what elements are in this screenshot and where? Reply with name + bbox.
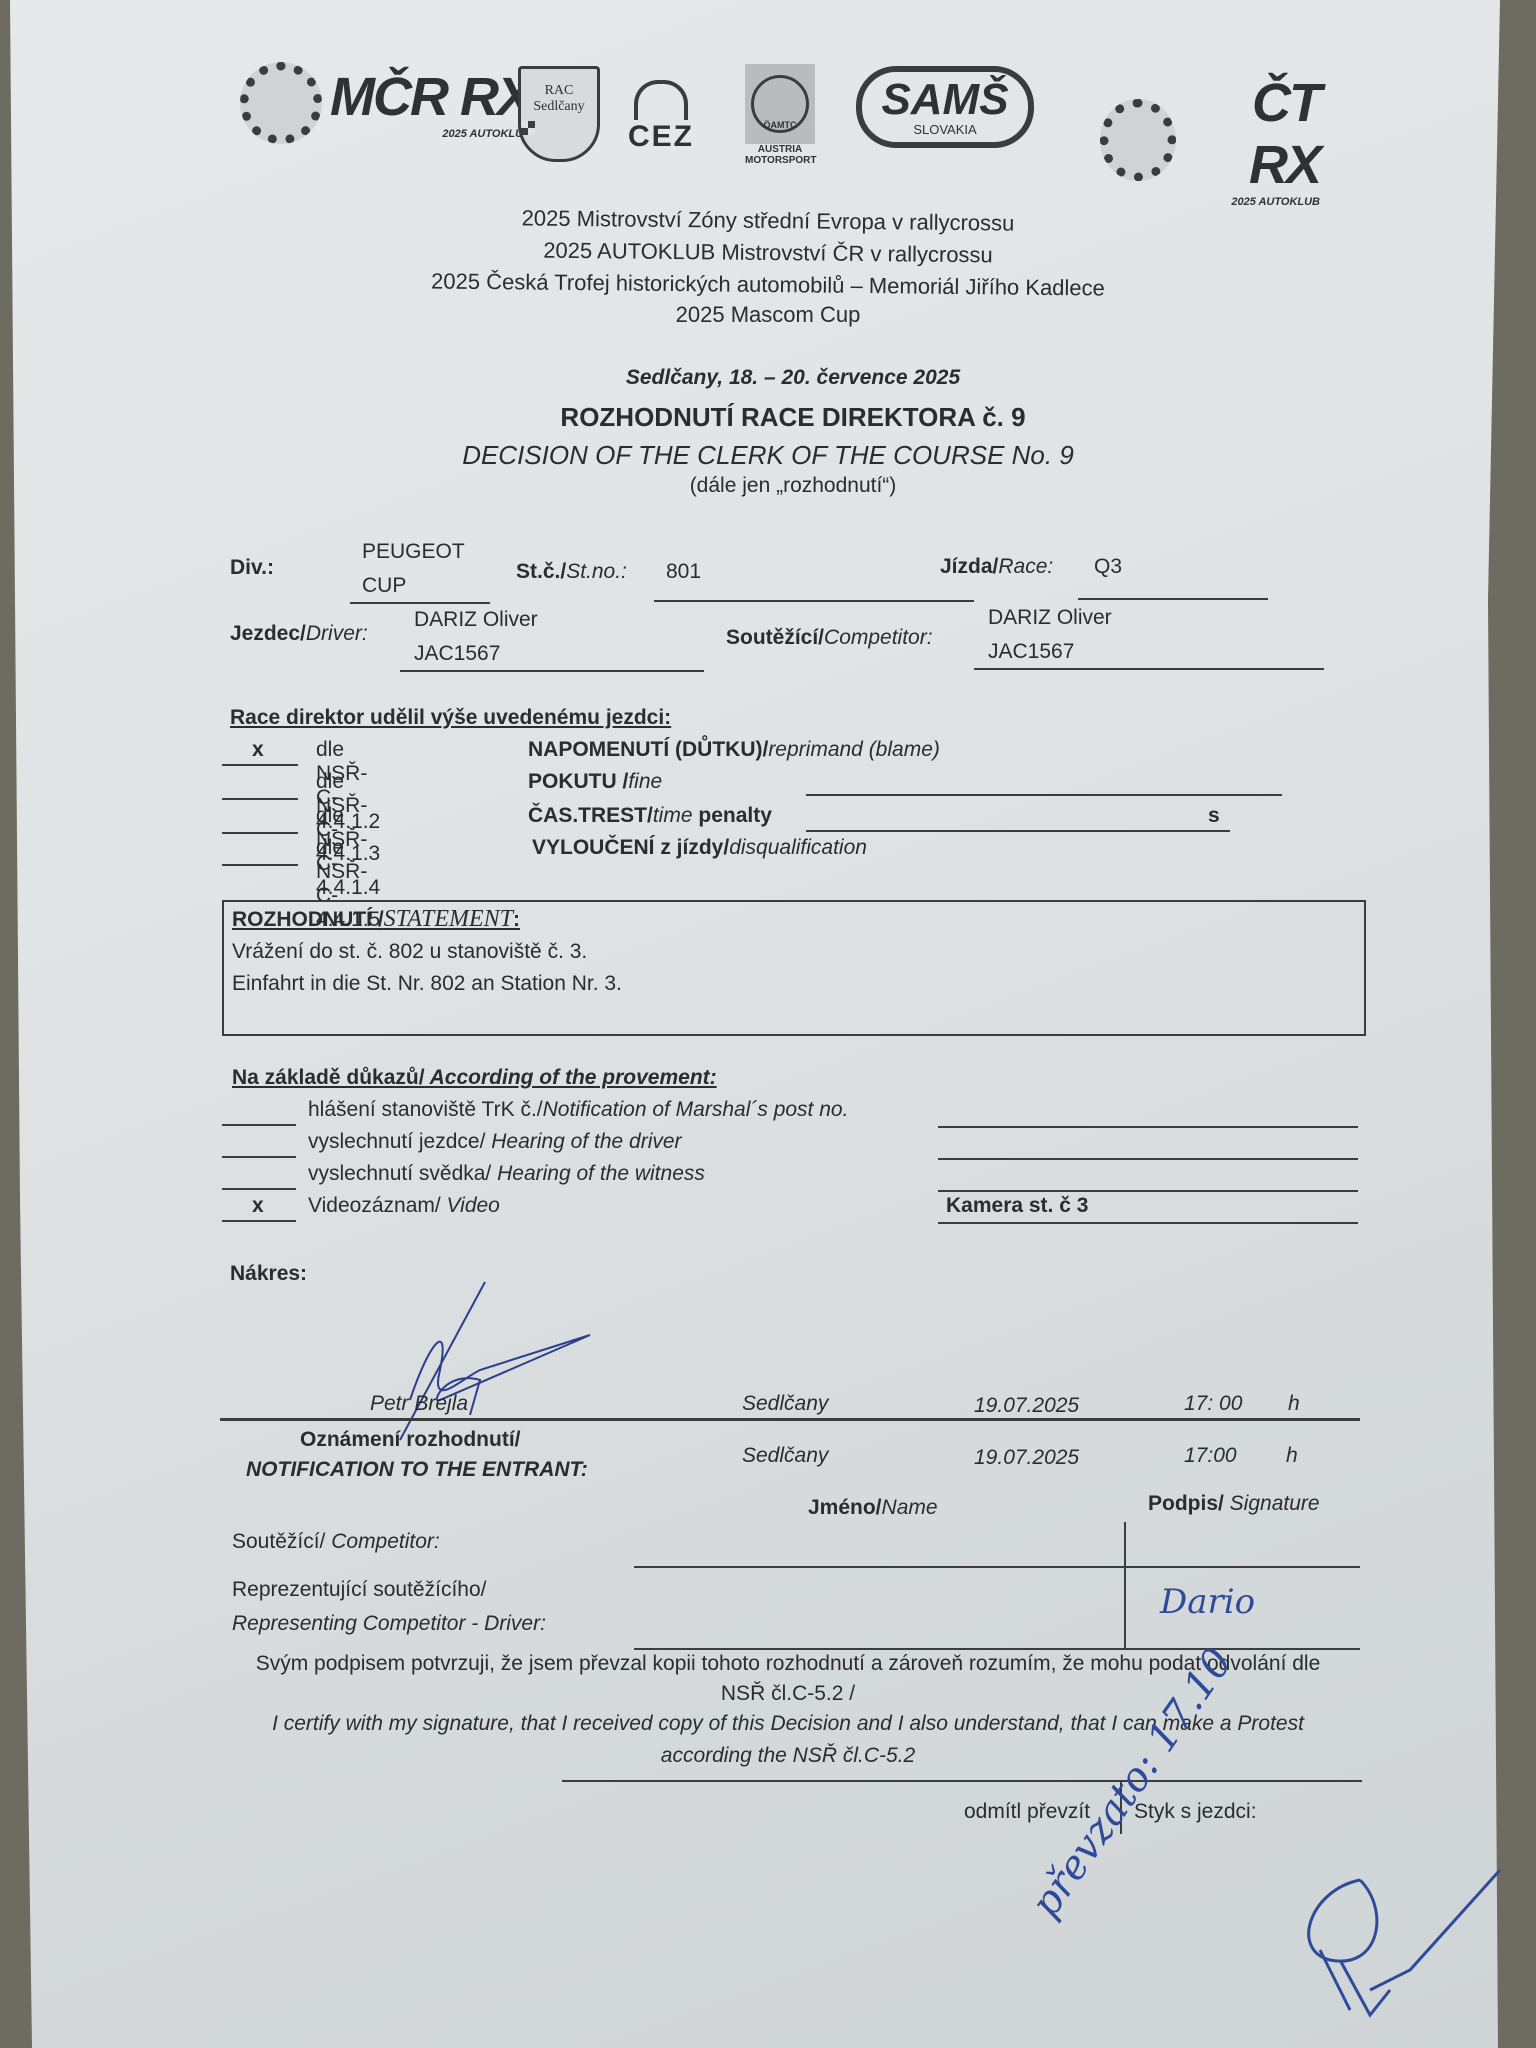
div-value-1: PEUGEOT [362, 540, 465, 564]
driver-field-line[interactable] [400, 670, 704, 672]
sponsor-logos: MČR RX 2025 AUTOKLUB RAC Sedlčany CEZ ÖA… [240, 58, 1320, 178]
clerk-place: Sedlčany [742, 1392, 828, 1416]
time-penalty-line[interactable] [806, 830, 1230, 832]
race-value: Q3 [1094, 555, 1122, 579]
handwritten-initials [1270, 1850, 1510, 2030]
representative-label-cz: Reprezentující soutěžícího/ [232, 1578, 486, 1602]
certify-en-line-2: according the NSŘ čl.C-5.2 [20, 1744, 1536, 1768]
clerk-signature-line [220, 1418, 1360, 1421]
certify-en-line-1: I certify with my signature, that I rece… [20, 1712, 1536, 1736]
driver-contact-label: Styk s jezdci: [1134, 1800, 1257, 1824]
evidence-item-video[interactable]: x Videozáznam/ Video Kamera st. č 3 [222, 1192, 1362, 1224]
competitor-sign-label: Soutěžící/ Competitor: [232, 1530, 440, 1554]
clerk-date: 19.07.2025 [974, 1394, 1079, 1418]
race-field-line[interactable] [1078, 598, 1268, 600]
start-number-field-line[interactable] [654, 600, 974, 602]
driver-license: JAC1567 [414, 642, 500, 666]
decision-title-en: DECISION OF THE CLERK OF THE COURSE No. … [0, 440, 1536, 471]
clerk-name: Petr Brejla [370, 1392, 468, 1416]
notification-label-en: NOTIFICATION TO THE ENTRANT: [246, 1458, 588, 1482]
championship-line-4: 2025 Mascom Cup [0, 302, 1536, 328]
name-column-header: Jméno/Name [808, 1496, 938, 1520]
notification-time: 17:00 [1184, 1444, 1237, 1468]
statement-line-cz: Vrážení do st. č. 802 u stanoviště č. 3. [232, 940, 587, 964]
signature-column-header: Podpis/ Signature [1148, 1492, 1320, 1516]
checkbox-mark: x [252, 1194, 264, 1218]
decision-title-cz: ROZHODNUTÍ RACE DIREKTORA č. 9 [25, 402, 1536, 433]
gear-emblem-icon [1100, 99, 1176, 181]
video-source-value: Kamera st. č 3 [946, 1194, 1088, 1218]
statement-box: ROZHODNUTÍ /STATEMENT: Vrážení do st. č.… [222, 900, 1366, 1036]
oamtc-logo: ÖAMTC AUSTRIA MOTORSPORT [745, 64, 815, 166]
competitor-name: DARIZ Oliver [988, 606, 1112, 630]
competitor-license: JAC1567 [988, 640, 1074, 664]
evidence-heading: Na základě důkazů/ According of the prov… [232, 1066, 717, 1090]
notification-place: Sedlčany [742, 1444, 828, 1468]
evidence-item-marshal[interactable]: hlášení stanoviště TrK č./Notification o… [222, 1096, 1362, 1128]
mcr-rx-logo: MČR RX 2025 AUTOKLUB [240, 62, 531, 144]
venue-date: Sedlčany, 18. – 20. července 2025 [25, 366, 1536, 390]
sketch-label: Nákres: [230, 1262, 307, 1286]
certify-cz-line-1: Svým podpisem potvrzuji, že jsem převzal… [20, 1652, 1536, 1676]
representative-signature-line[interactable] [634, 1648, 1360, 1650]
certify-cz-line-2: NSŘ čl.C-5.2 / [20, 1682, 1536, 1706]
div-field-line[interactable] [350, 602, 490, 604]
notification-date: 19.07.2025 [974, 1446, 1079, 1470]
seconds-unit: s [1208, 804, 1220, 828]
decision-subtitle: (dále jen „rozhodnutí“) [25, 474, 1536, 498]
refused-label[interactable]: odmítl převzít [964, 1800, 1090, 1824]
fine-amount-line[interactable] [806, 794, 1282, 796]
evidence-list: hlášení stanoviště TrK č./Notification o… [222, 1096, 1362, 1224]
driver-signature: Dario [1160, 1582, 1255, 1622]
driver-name: DARIZ Oliver [414, 608, 538, 632]
sams-logo: SAMŠ SLOVAKIA [856, 66, 1034, 148]
evidence-item-driver-hearing[interactable]: vyslechnutí jezdce/ Hearing of the drive… [222, 1128, 1362, 1160]
clerk-signature [370, 1280, 650, 1450]
start-number-value: 801 [666, 560, 701, 584]
ct-rx-logo: ČT RX 2025 AUTOKLUB [1100, 72, 1320, 208]
rac-sedlcany-logo: RAC Sedlčany [518, 66, 600, 162]
representative-label-en: Representing Competitor - Driver: [232, 1612, 546, 1636]
checkbox-mark: x [252, 738, 264, 762]
cez-logo: CEZ [628, 80, 694, 154]
eagle-emblem-icon: ÖAMTC [751, 75, 809, 133]
competitor-signature-line[interactable] [634, 1566, 1360, 1568]
gear-emblem-icon [240, 62, 322, 144]
evidence-item-witness-hearing[interactable]: vyslechnutí svědka/ Hearing of the witne… [222, 1160, 1362, 1192]
competitor-field-line[interactable] [974, 668, 1324, 670]
notification-label-cz: Oznámení rozhodnutí/ [300, 1428, 521, 1452]
certify-line [562, 1780, 1362, 1782]
penalties-heading: Race direktor udělil výše uvedenému jezd… [230, 706, 671, 730]
statement-line-de: Einfahrt in die St. Nr. 802 an Station N… [232, 972, 622, 996]
div-label: Div.: [230, 556, 274, 580]
clerk-time: 17: 00 [1184, 1392, 1242, 1416]
div-value-2: CUP [362, 574, 406, 598]
cez-arc-icon [634, 80, 688, 120]
